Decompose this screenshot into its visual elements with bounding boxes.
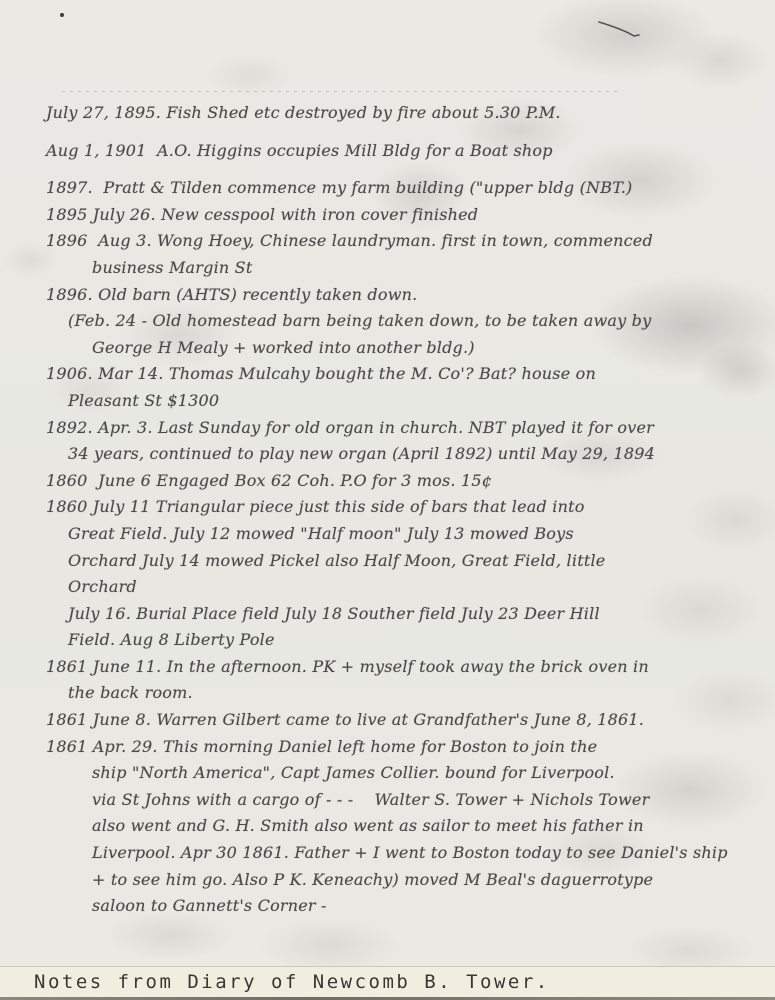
handwritten-line: 1906. Mar 14. Thomas Mulcahy bought the … xyxy=(46,361,740,388)
ink-dot xyxy=(60,13,64,17)
handwritten-line: 1895 July 26. New cesspool with iron cov… xyxy=(46,202,740,229)
handwritten-line: 1860 June 6 Engaged Box 62 Coh. P.O for … xyxy=(46,468,740,495)
handwritten-line: Great Field. July 12 mowed "Half moon" J… xyxy=(46,521,740,548)
handwritten-line: Pleasant St $1300 xyxy=(46,388,740,415)
caption-strip: Notes from Diary of Newcomb B. Tower. xyxy=(0,966,775,997)
handwritten-line: July 16. Burial Place field July 18 Sout… xyxy=(46,601,740,628)
handwritten-line: 1860 July 11 Triangular piece just this … xyxy=(46,494,740,521)
handwritten-line: via St Johns with a cargo of - - - Walte… xyxy=(46,787,740,814)
handwritten-line: Orchard xyxy=(46,574,740,601)
caption-text: Notes from Diary of Newcomb B. Tower. xyxy=(34,971,550,993)
pen-stroke-mark xyxy=(598,20,642,45)
handwritten-line: 1896 Aug 3. Wong Hoey, Chinese laundryma… xyxy=(46,228,740,255)
scanned-page: July 27, 1895. Fish Shed etc destroyed b… xyxy=(0,0,775,1000)
handwritten-line: 1861 June 8. Warren Gilbert came to live… xyxy=(46,707,740,734)
handwritten-line: Orchard July 14 mowed Pickel also Half M… xyxy=(46,548,740,575)
handwritten-line: Aug 1, 1901 A.O. Higgins occupies Mill B… xyxy=(46,138,740,165)
handwritten-line: Liverpool. Apr 30 1861. Father + I went … xyxy=(46,840,740,867)
handwritten-line: saloon to Gannett's Corner - xyxy=(46,893,740,920)
crease-line xyxy=(62,91,617,92)
handwriting-block: July 27, 1895. Fish Shed etc destroyed b… xyxy=(46,100,740,920)
handwritten-line: Field. Aug 8 Liberty Pole xyxy=(46,627,740,654)
handwritten-line: 1896. Old barn (AHTS) recently taken dow… xyxy=(46,282,740,309)
handwritten-line: 34 years, continued to play new organ (A… xyxy=(46,441,740,468)
handwritten-line: July 27, 1895. Fish Shed etc destroyed b… xyxy=(46,100,740,127)
handwritten-line: 1892. Apr. 3. Last Sunday for old organ … xyxy=(46,415,740,442)
handwritten-line: business Margin St xyxy=(46,255,740,282)
handwritten-line: 1861 Apr. 29. This morning Daniel left h… xyxy=(46,734,740,761)
handwritten-line: also went and G. H. Smith also went as s… xyxy=(46,813,740,840)
handwritten-line: 1897. Pratt & Tilden commence my farm bu… xyxy=(46,175,740,202)
handwritten-line: ship "North America", Capt James Collier… xyxy=(46,760,740,787)
handwritten-line: George H Mealy + worked into another bld… xyxy=(46,335,740,362)
handwritten-line: 1861 June 11. In the afternoon. PK + mys… xyxy=(46,654,740,681)
handwritten-line: (Feb. 24 - Old homestead barn being take… xyxy=(46,308,740,335)
handwritten-line: the back room. xyxy=(46,680,740,707)
handwritten-line: + to see him go. Also P K. Keneachy) mov… xyxy=(46,867,740,894)
